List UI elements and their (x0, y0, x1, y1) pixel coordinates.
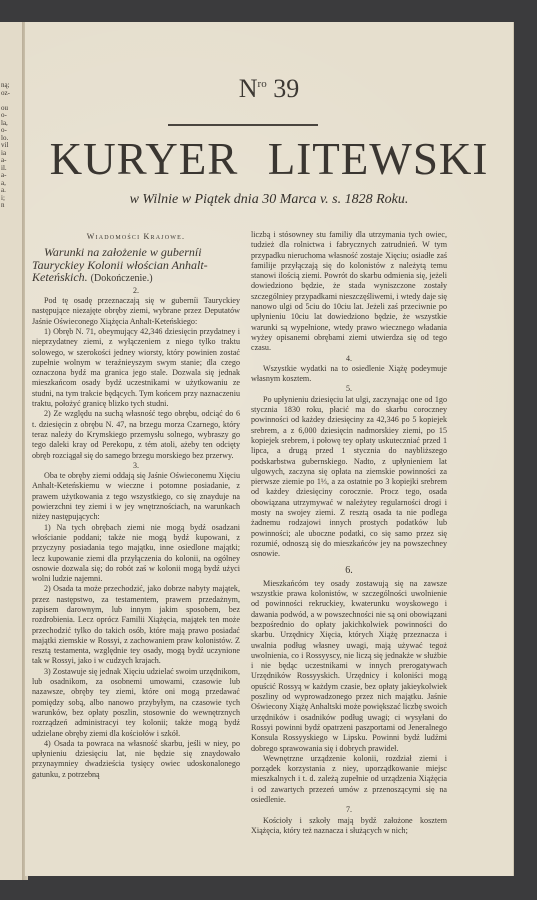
paragraph: 2) Osada ta może przechodzić, jako dobrz… (32, 584, 240, 666)
masthead-word-1: KURYER (50, 133, 239, 184)
issue-number: Nro 39 (25, 74, 513, 104)
column-right: liczbą i stósowney stu familiy dla utrzy… (251, 230, 447, 836)
paragraph: 2) Ze względu na suchą własność tego obr… (32, 409, 240, 460)
adjacent-page-text-fragment: oz- (1, 90, 23, 97)
article-continuation: (Dokończenie.) (91, 273, 153, 284)
paragraph: liczbą i stósowney stu familiy dla utrzy… (251, 230, 447, 354)
paragraph: Po upłynieniu dziesięciu lat ulgi, zaczy… (251, 395, 447, 560)
column-left: Wiadomości Krajowe. Warunki na założenie… (32, 230, 240, 780)
paragraph: Wszystkie wydatki na to osiedlenie Xiążę… (251, 364, 447, 385)
section-number: 4. (251, 354, 447, 364)
issue-label-sup: ro (258, 78, 267, 90)
masthead-title: KURYERLITEWSKI (30, 132, 508, 185)
masthead-word-2: LITEWSKI (268, 133, 489, 184)
newspaper-page: Nro 39 KURYERLITEWSKI w Wilnie w Piątek … (25, 22, 513, 876)
section-number: 6. (251, 566, 447, 576)
section-number: 7. (251, 805, 447, 815)
paragraph: 1) Na tych obrębach ziemi nie mogą bydź … (32, 523, 240, 585)
paragraph: Wewnętrzne urządzenie kolonii, rozdział … (251, 754, 447, 805)
section-number: 3. (32, 461, 240, 471)
section-number: 5. (251, 384, 447, 394)
section-heading: Wiadomości Krajowe. (32, 232, 240, 242)
issue-number-value: 39 (273, 74, 299, 103)
article-title: Warunki na założenie w guberníi Taurycki… (32, 246, 240, 286)
paragraph: Oba te obręby ziemi oddają się Jaśnie Oś… (32, 471, 240, 522)
paragraph: Pod tę osadę przeznaczają się w guberníi… (32, 296, 240, 327)
issue-rule (168, 124, 318, 126)
paragraph: Kościoły i szkoły mają bydź założone kos… (251, 816, 447, 837)
paragraph: 4) Osada ta powraca na własność skarbu, … (32, 739, 240, 780)
section-number: 2. (32, 286, 240, 296)
paragraph: Mieszkańcóm tey osady zostawują się na z… (251, 579, 447, 754)
adjacent-page-text-fragment: n (1, 202, 23, 209)
paragraph: 1) Obręb N. 71, obeymujący 42,346 dziesi… (32, 327, 240, 409)
paragraph: 3) Zostawuje się jednak Xięciu udzielać … (32, 667, 240, 739)
dateline: w Wilnie w Piątek dnia 30 Marca v. s. 18… (25, 192, 513, 208)
issue-label: N (239, 74, 258, 103)
adjacent-page-edge: ną;oz-ouo-la,o-lo.viliaa-il.a-a,a.i;n (0, 22, 24, 880)
